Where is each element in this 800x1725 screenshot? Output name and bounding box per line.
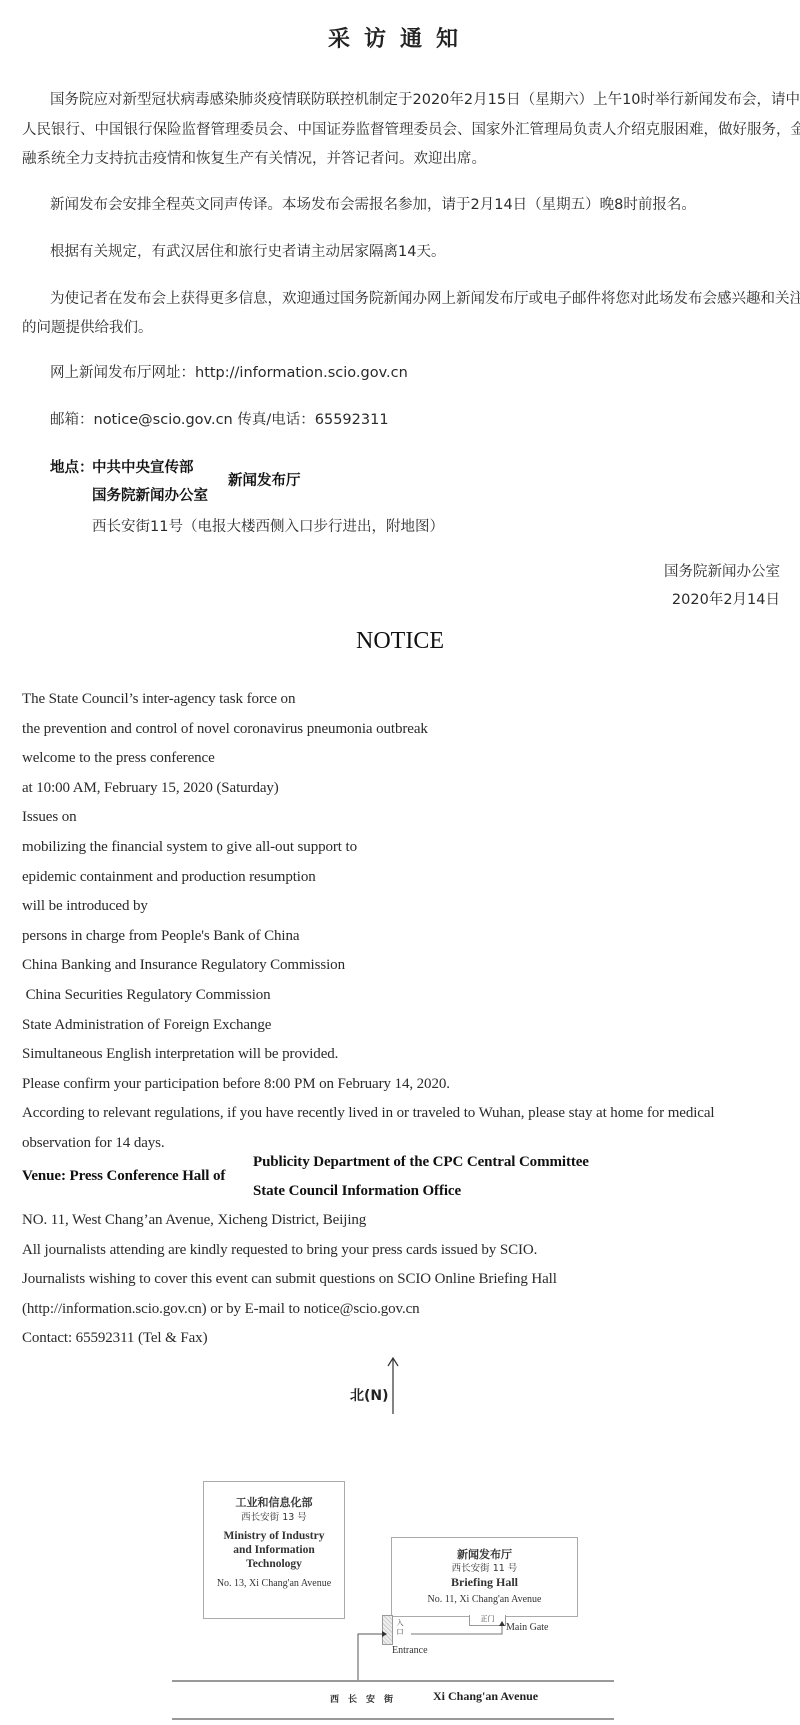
en-body-line: Simultaneous English interpretation will… <box>22 1046 338 1063</box>
en-footer-line: (http://information.scio.gov.cn) or by E… <box>22 1301 420 1318</box>
miit-address-zh: 西长安街 13 号 <box>204 1509 344 1523</box>
en-body-line: will be introduced by <box>22 898 148 915</box>
en-venue-label: Venue: Press Conference Hall of <box>22 1168 225 1185</box>
zh-paragraph-1-line-3: 融系统全力支持抗击疫情和恢复生产有关情况，并答记者问。欢迎出席。 <box>22 147 486 168</box>
en-body-line: State Administration of Foreign Exchange <box>22 1017 271 1034</box>
zh-website: 网上新闻发布厅网址：http://information.scio.gov.cn <box>50 361 408 382</box>
en-body-line: Issues on <box>22 809 77 826</box>
en-footer-line: All journalists attending are kindly req… <box>22 1242 537 1259</box>
en-body-line: The State Council’s inter-agency task fo… <box>22 691 295 708</box>
road-edge-top <box>172 1680 614 1682</box>
zh-venue-label: 地点： <box>50 456 94 477</box>
zh-paragraph-4-line-2: 的问题提供给我们。 <box>22 316 153 337</box>
en-venue-org-1: Publicity Department of the CPC Central … <box>253 1154 589 1171</box>
en-body-line: at 10:00 AM, February 15, 2020 (Saturday… <box>22 780 279 797</box>
zh-paragraph-1-line-2: 人民银行、中国银行保险监督管理委员会、中国证券监督管理委员会、国家外汇管理局负责… <box>22 118 800 139</box>
en-body-line: the prevention and control of novel coro… <box>22 721 428 738</box>
hall-address-zh: 西长安街 11 号 <box>392 1560 577 1574</box>
en-body-line: According to relevant regulations, if yo… <box>22 1105 715 1122</box>
zh-venue-hall: 新闻发布厅 <box>228 469 301 490</box>
zh-contact: 邮箱：notice@scio.gov.cn 传真/电话：65592311 <box>50 408 389 429</box>
zh-paragraph-3: 根据有关规定，有武汉居住和旅行史者请主动居家隔离14天。 <box>50 240 445 261</box>
en-body-line: epidemic containment and production resu… <box>22 869 316 886</box>
en-venue-org-2: State Council Information Office <box>253 1183 461 1200</box>
route-path <box>355 1612 515 1682</box>
en-footer-line: NO. 11, West Chang’an Avenue, Xicheng Di… <box>22 1212 366 1229</box>
en-body-line: China Securities Regulatory Commission <box>22 987 271 1004</box>
miit-name-en-3: Technology <box>204 1558 344 1570</box>
zh-paragraph-4-line-1: 为使记者在发布会上获得更多信息，欢迎通过国务院新闻办网上新闻发布厅或电子邮件将您… <box>50 287 800 308</box>
street-name-en: Xi Chang'an Avenue <box>433 1689 538 1704</box>
en-body-line: China Banking and Insurance Regulatory C… <box>22 957 345 974</box>
chinese-title: 采访通知 <box>0 22 800 53</box>
zh-venue-org-2: 国务院新闻办公室 <box>92 484 208 505</box>
miit-name-en-1: Ministry of Industry <box>204 1530 344 1542</box>
en-body-line: Please confirm your participation before… <box>22 1076 450 1093</box>
english-title: NOTICE <box>0 628 800 655</box>
zh-date: 2020年2月14日 <box>672 588 780 609</box>
north-arrow-icon <box>386 1356 400 1416</box>
road-edge-bottom <box>172 1718 614 1720</box>
en-body-line: welcome to the press conference <box>22 750 215 767</box>
en-footer-line: Journalists wishing to cover this event … <box>22 1271 557 1288</box>
zh-venue-org-1: 中共中央宣传部 <box>92 456 194 477</box>
zh-signature: 国务院新闻办公室 <box>664 560 780 581</box>
zh-paragraph-1-line-1: 国务院应对新型冠状病毒感染肺炎疫情联防联控机制定于2020年2月15日（星期六）… <box>50 88 800 109</box>
hall-address-en: No. 11, Xi Chang'an Avenue <box>392 1594 577 1605</box>
briefing-hall-building: 新闻发布厅 西长安街 11 号 Briefing Hall No. 11, Xi… <box>391 1537 578 1617</box>
hall-name-en: Briefing Hall <box>392 1575 577 1590</box>
north-label: 北(N) <box>350 1385 389 1405</box>
miit-address-en: No. 13, Xi Chang'an Avenue <box>204 1578 344 1589</box>
en-body-line: observation for 14 days. <box>22 1135 165 1152</box>
street-name-zh: 西 长 安 街 <box>330 1692 393 1705</box>
zh-paragraph-2: 新闻发布会安排全程英文同声传译。本场发布会需报名参加，请于2月14日（星期五）晚… <box>50 193 696 214</box>
miit-name-zh: 工业和信息化部 <box>204 1494 344 1510</box>
en-body-line: mobilizing the financial system to give … <box>22 839 357 856</box>
en-footer-line: Contact: 65592311 (Tel & Fax) <box>22 1330 207 1347</box>
miit-building: 工业和信息化部 西长安街 13 号 Ministry of Industry a… <box>203 1481 345 1619</box>
miit-name-en-2: and Information <box>204 1544 344 1556</box>
zh-venue-address: 西长安街11号（电报大楼西侧入口步行进出，附地图） <box>92 515 444 536</box>
en-body-line: persons in charge from People's Bank of … <box>22 928 299 945</box>
